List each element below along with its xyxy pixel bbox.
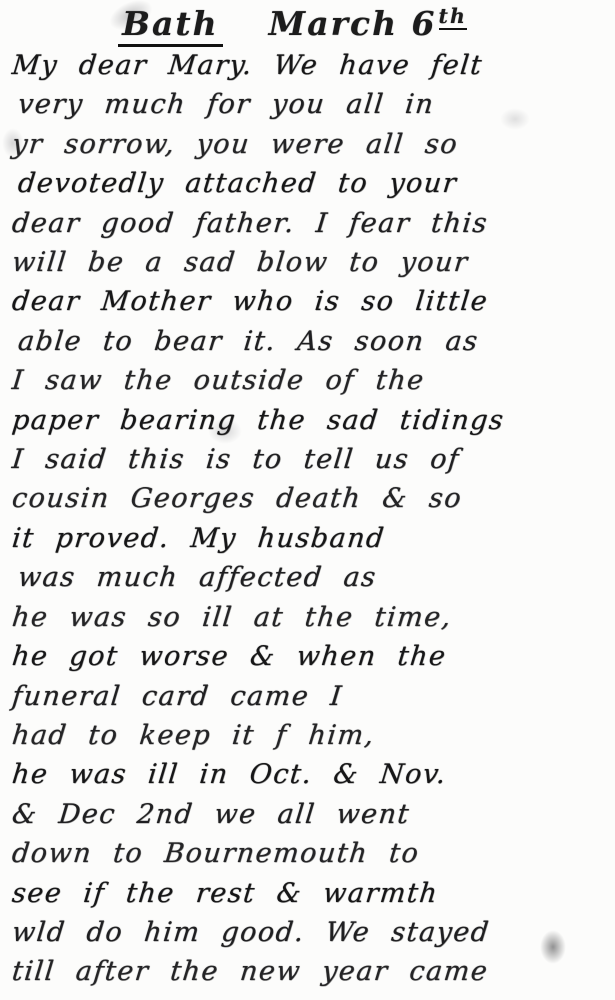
letter-place: Bath xyxy=(118,4,223,47)
letter-line: I said this is to tell us of xyxy=(10,440,615,479)
letter-line: it proved. My husband xyxy=(10,519,615,558)
letter-page: BathMarch 6th My dear Mary. We have felt… xyxy=(0,0,615,1000)
letter-line: dear good father. I fear this xyxy=(10,204,615,243)
letter-line: will be a sad blow to your xyxy=(10,243,615,282)
letter-line: down to Bournemouth to xyxy=(10,834,615,873)
letter-line: was much affected as xyxy=(10,558,615,597)
letter-body: My dear Mary. We have felt very much for… xyxy=(10,46,611,992)
letter-line: wld do him good. We stayed xyxy=(10,913,615,952)
letter-line: funeral card came I xyxy=(10,677,615,716)
letter-line: able to bear it. As soon as xyxy=(10,322,615,361)
letter-line: yr sorrow, you were all so xyxy=(10,125,615,164)
letter-heading: BathMarch 6th xyxy=(0,4,585,43)
letter-line: he was ill in Oct. & Nov. xyxy=(10,755,615,794)
letter-line: he was so ill at the time, xyxy=(10,598,615,637)
letter-line: he got worse & when the xyxy=(10,637,615,676)
letter-line: My dear Mary. We have felt xyxy=(10,46,615,85)
letter-line: very much for you all in xyxy=(10,85,615,124)
letter-line: dear Mother who is so little xyxy=(10,282,615,321)
letter-date-suffix: th xyxy=(439,4,467,30)
letter-line: & Dec 2nd we all went xyxy=(10,795,615,834)
letter-line: paper bearing the sad tidings xyxy=(10,401,615,440)
letter-line: till after the new year came xyxy=(10,952,615,991)
letter-line: devotedly attached to your xyxy=(10,164,615,203)
letter-line: I saw the outside of the xyxy=(10,361,615,400)
letter-line: had to keep it f him, xyxy=(10,716,615,755)
letter-line: cousin Georges death & so xyxy=(10,479,615,518)
letter-line: see if the rest & warmth xyxy=(10,874,615,913)
letter-date: March 6 xyxy=(269,4,439,43)
